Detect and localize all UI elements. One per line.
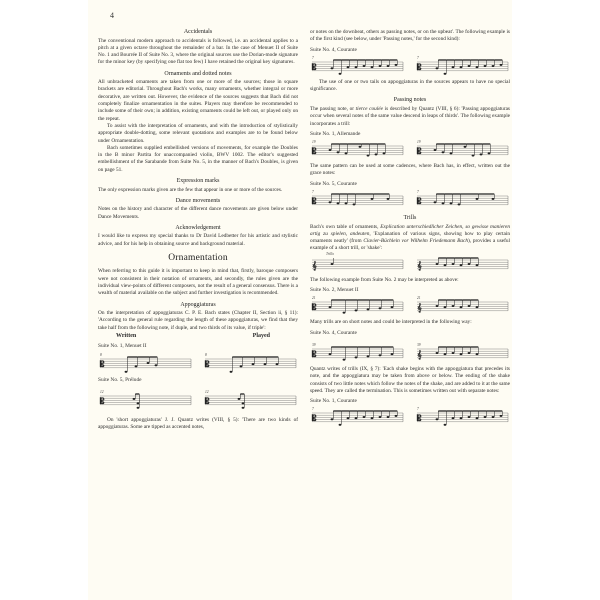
score-page: 4 Accidentals The conventional modern ap… bbox=[88, 0, 512, 600]
music-example-row: 𝄡7 𝄡7 bbox=[310, 406, 510, 428]
ornaments-text-2: To assist with the interpretation of orn… bbox=[98, 123, 298, 145]
svg-text:19: 19 bbox=[417, 140, 421, 144]
ornamentation-text: When referring to this guide it is impor… bbox=[98, 268, 298, 297]
music-example-written: 𝄡12 bbox=[98, 385, 193, 411]
written-label: Written bbox=[116, 333, 136, 340]
music-example-played: 𝄡8 bbox=[203, 352, 298, 374]
music-example-trillo: 𝄞Trillo bbox=[310, 253, 405, 275]
music-example-row: 𝄡7 𝄡7 bbox=[310, 189, 510, 211]
example-caption: Suite No. 5, Courante bbox=[310, 181, 510, 188]
music-example: 𝄡19 bbox=[310, 139, 405, 161]
heading-accidentals: Accidentals bbox=[98, 29, 298, 36]
svg-text:𝄡: 𝄡 bbox=[99, 359, 105, 369]
svg-text:Trillo: Trillo bbox=[326, 252, 334, 256]
music-example: 𝄡7 bbox=[310, 406, 405, 428]
svg-text:19: 19 bbox=[312, 140, 316, 144]
music-example-row: 𝄡39 𝄞39 bbox=[310, 338, 510, 364]
music-example: 𝄡21 bbox=[310, 295, 405, 317]
music-example-row: 𝄞Trillo 𝄞 bbox=[310, 253, 510, 275]
heading-trills: Trills bbox=[310, 215, 510, 222]
music-example: 𝄡7 bbox=[310, 55, 405, 77]
music-example-row: 𝄡7 𝄡7 bbox=[310, 55, 510, 77]
acknowledgement-text: I would like to express my special thank… bbox=[98, 233, 298, 248]
svg-text:𝄡: 𝄡 bbox=[311, 62, 317, 72]
right-column: or notes on the downbeat, others as pass… bbox=[310, 29, 510, 430]
music-example-row: 𝄡21 𝄞21 bbox=[310, 295, 510, 317]
svg-text:𝄡: 𝄡 bbox=[416, 62, 422, 72]
trills-text: Bach's own table of ornaments, Explicati… bbox=[310, 224, 510, 253]
svg-text:𝄡: 𝄡 bbox=[311, 303, 317, 313]
ornaments-text-3: Bach sometimes supplied embellished vers… bbox=[98, 145, 298, 174]
played-label: Played bbox=[253, 333, 270, 340]
svg-text:𝄡: 𝄡 bbox=[311, 349, 317, 359]
left-column: Accidentals The conventional modern appr… bbox=[98, 29, 298, 431]
example-caption: Suite No. 2, Menuet II bbox=[310, 287, 510, 294]
music-example-row: 𝄡8 𝄡8 bbox=[98, 352, 298, 374]
music-example-written: 𝄡8 bbox=[98, 352, 193, 374]
music-example: 𝄞21 bbox=[415, 295, 510, 317]
written-played-header: Written Played bbox=[98, 333, 298, 340]
heading-ornaments-dotted: Ornaments and dotted notes bbox=[98, 71, 298, 78]
page-number: 4 bbox=[110, 11, 114, 20]
heading-dance: Dance movements bbox=[98, 198, 298, 205]
svg-text:𝄡: 𝄡 bbox=[311, 146, 317, 156]
dance-text: Notes on the history and character of th… bbox=[98, 206, 298, 221]
passing-notes-text: The passing note, or tierce coulée is de… bbox=[310, 106, 510, 128]
music-example: 𝄡19 bbox=[415, 139, 510, 161]
heading-appoggiaturas: Appoggiaturas bbox=[98, 302, 298, 309]
svg-text:7: 7 bbox=[417, 407, 419, 411]
svg-text:𝄞: 𝄞 bbox=[417, 349, 422, 360]
music-example-row: 𝄡12 𝄡12 bbox=[98, 385, 298, 411]
svg-text:7: 7 bbox=[312, 56, 314, 60]
example-caption: Suite No. 4, Courante bbox=[310, 330, 510, 337]
accidentals-text: The conventional modern approach to acci… bbox=[98, 38, 298, 67]
short-notes-text: Many trills are on short notes and could… bbox=[310, 319, 510, 326]
continuation-text: or notes on the downbeat, others as pass… bbox=[310, 29, 510, 44]
svg-text:𝄡: 𝄡 bbox=[99, 396, 105, 406]
svg-text:𝄡: 𝄡 bbox=[204, 359, 210, 369]
suite2-text: The following example from Suite No. 2 m… bbox=[310, 277, 510, 284]
svg-text:𝄡: 𝄡 bbox=[204, 396, 210, 406]
example-caption: Suite No. 1, Courante bbox=[310, 398, 510, 405]
svg-text:12: 12 bbox=[100, 390, 104, 394]
svg-text:𝄡: 𝄡 bbox=[311, 196, 317, 206]
music-example: 𝄞39 bbox=[415, 338, 510, 364]
example-caption: Suite No. 4, Courante bbox=[310, 47, 510, 54]
svg-text:21: 21 bbox=[417, 296, 421, 300]
svg-text:𝄡: 𝄡 bbox=[416, 414, 422, 424]
music-example: 𝄡7 bbox=[415, 406, 510, 428]
svg-text:8: 8 bbox=[205, 353, 207, 357]
svg-text:7: 7 bbox=[417, 190, 419, 194]
appoggiaturas-text: On the interpretation of appoggiaturas C… bbox=[98, 310, 298, 332]
svg-text:𝄞: 𝄞 bbox=[312, 260, 317, 271]
svg-text:7: 7 bbox=[312, 407, 314, 411]
svg-text:𝄡: 𝄡 bbox=[311, 414, 317, 424]
example-caption: Suite No. 1, Allemande bbox=[310, 131, 510, 138]
svg-text:12: 12 bbox=[205, 390, 209, 394]
svg-text:39: 39 bbox=[312, 343, 316, 347]
heading-acknowledgement: Acknowledgement bbox=[98, 225, 298, 232]
svg-text:21: 21 bbox=[312, 296, 316, 300]
cadence-text: The same pattern can be used at some cad… bbox=[310, 163, 510, 178]
quantz-trills-text: Quantz writes of trills (IX, § 7): 'Each… bbox=[310, 366, 510, 395]
music-example: 𝄡7 bbox=[310, 189, 405, 211]
svg-text:𝄞: 𝄞 bbox=[417, 260, 422, 271]
svg-text:8: 8 bbox=[100, 353, 102, 357]
svg-text:7: 7 bbox=[312, 190, 314, 194]
example-caption: Suite No. 5, Prélude bbox=[98, 377, 298, 384]
svg-text:39: 39 bbox=[417, 343, 421, 347]
music-example: 𝄞 bbox=[415, 253, 510, 275]
heading-expression: Expression marks bbox=[98, 178, 298, 185]
short-appoggiaturas-text: On 'short appoggiaturas' J. J. Quantz wr… bbox=[98, 417, 298, 432]
heading-ornamentation: Ornamentation bbox=[98, 255, 298, 262]
svg-text:𝄡: 𝄡 bbox=[416, 146, 422, 156]
music-example-played: 𝄡12 bbox=[203, 385, 298, 411]
svg-text:7: 7 bbox=[417, 56, 419, 60]
music-example: 𝄡7 bbox=[415, 189, 510, 211]
music-example: 𝄡39 bbox=[310, 338, 405, 364]
svg-text:𝄞: 𝄞 bbox=[417, 303, 422, 314]
music-example-row: 𝄡19 𝄡19 bbox=[310, 139, 510, 161]
example-caption: Suite No. 1, Menuet II bbox=[98, 343, 298, 350]
expression-text: The only expression marks given are the … bbox=[98, 187, 298, 194]
ornaments-text-1: All unbracketed ornaments are taken from… bbox=[98, 79, 298, 123]
tails-text: The use of one or two tails on appoggiat… bbox=[310, 79, 510, 94]
music-example: 𝄡7 bbox=[415, 55, 510, 77]
heading-passing-notes: Passing notes bbox=[310, 97, 510, 104]
svg-text:𝄡: 𝄡 bbox=[416, 196, 422, 206]
